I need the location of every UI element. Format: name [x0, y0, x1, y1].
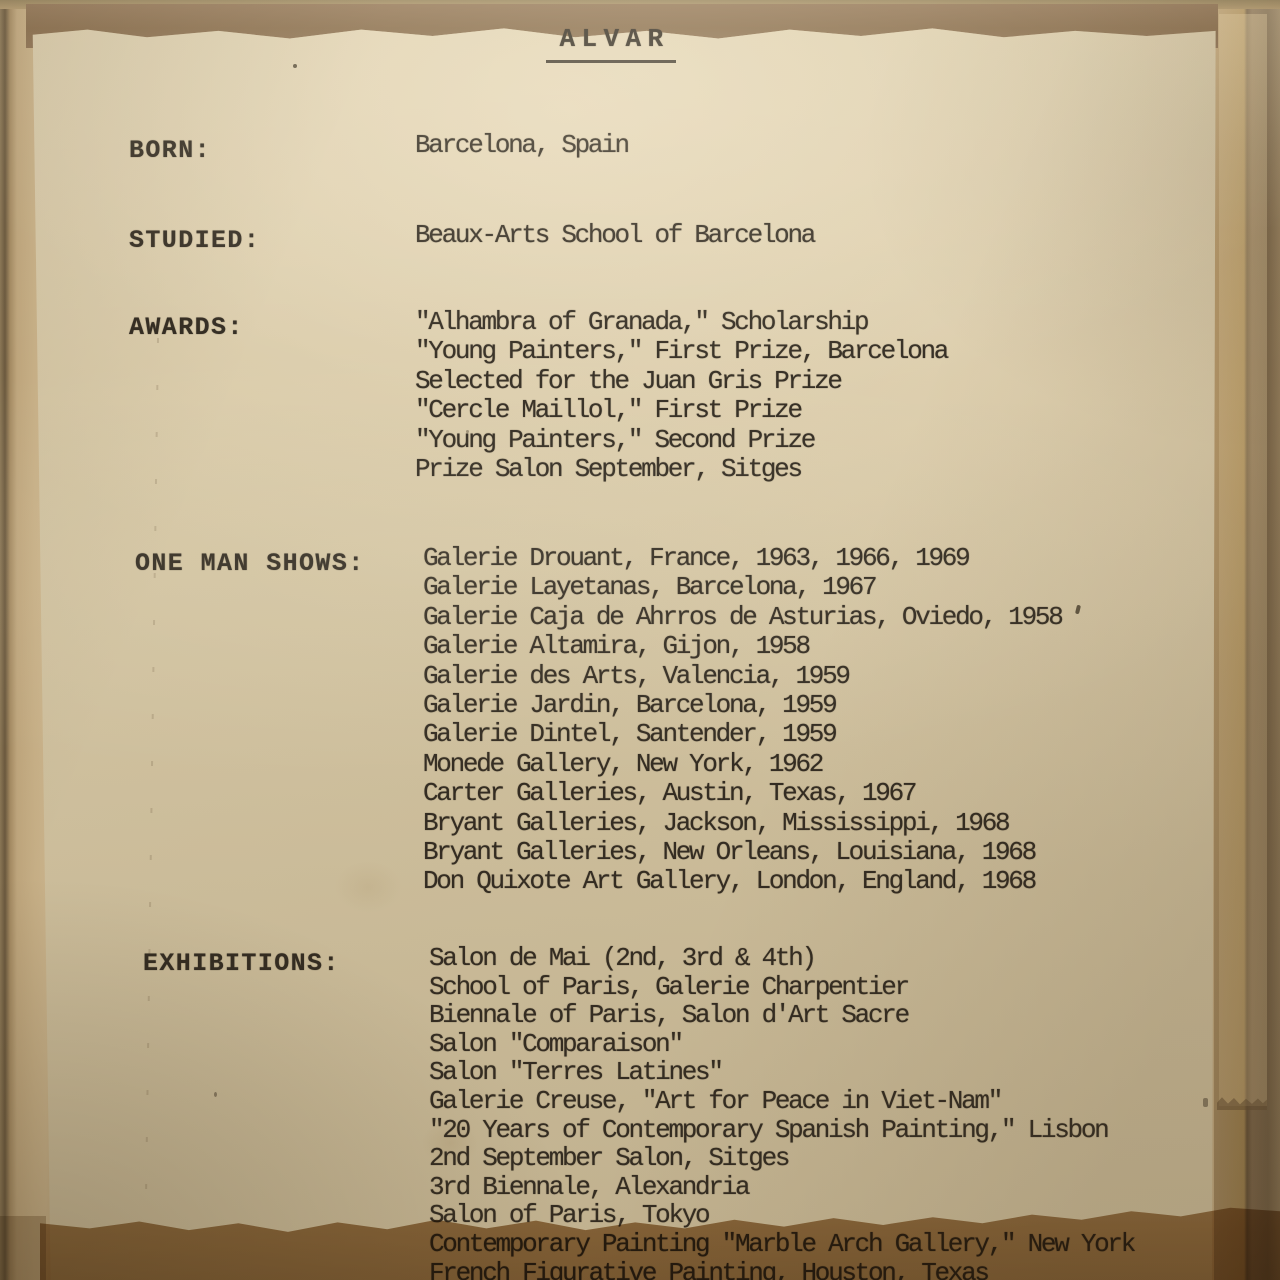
entry-line: Carter Galleries, Austin, Texas, 1967 [423, 779, 1062, 808]
entry-line: Selected for the Juan Gris Prize [415, 367, 947, 396]
entry-line: 2nd September Salon, Sitges [429, 1144, 1134, 1173]
entry-line: Barcelona, Spain [415, 131, 628, 160]
entry-line: Bryant Galleries, Jackson, Mississippi, … [423, 809, 1062, 838]
entry-line: "Alhambra of Granada," Scholarship [415, 308, 947, 337]
field-label-exhibitions: EXHIBITIONS: [143, 949, 340, 978]
field-values-born: Barcelona, Spain [415, 131, 628, 160]
field-label-studied: STUDIED: [129, 226, 260, 255]
field-values-awards: "Alhambra of Granada," Scholarship"Young… [415, 308, 947, 484]
title-row: ALVAR [0, 24, 1222, 63]
entry-line: Galerie Dintel, Santender, 1959 [423, 720, 1062, 749]
entry-line: Prize Salon September, Sitges [415, 455, 947, 484]
photo-of-document: ALVAR BORN: Barcelona, Spain STUDIED: Be… [0, 0, 1280, 1280]
typewritten-text: ALVAR BORN: Barcelona, Spain STUDIED: Be… [0, 0, 1280, 1280]
entry-line: "Young Painters," First Prize, Barcelona [415, 337, 947, 366]
entry-line: 3rd Biennale, Alexandria [429, 1173, 1134, 1202]
field-label-born: BORN: [129, 136, 211, 165]
tape-strip-right [1219, 14, 1267, 1106]
entry-line: Galerie Drouant, France, 1963, 1966, 196… [423, 544, 1062, 573]
field-label-one-man-shows: ONE MAN SHOWS: [135, 549, 365, 578]
entry-line: "Young Painters," Second Prize [415, 426, 947, 455]
entry-line: Galerie Layetanas, Barcelona, 1967 [423, 573, 1062, 602]
entry-line: Beaux-Arts School of Barcelona [415, 221, 814, 250]
entry-line: Galerie Jardin, Barcelona, 1959 [423, 691, 1062, 720]
field-values-one-man-shows: Galerie Drouant, France, 1963, 1966, 196… [423, 544, 1062, 897]
entry-line: Biennale of Paris, Salon d'Art Sacre [429, 1001, 1134, 1030]
entry-line: Galerie Caja de Ahrros de Asturias, Ovie… [423, 603, 1062, 632]
torn-tape-strip-bottom-left [0, 1216, 46, 1280]
entry-line: Galerie Creuse, "Art for Peace in Viet-N… [429, 1087, 1134, 1116]
document-title: ALVAR [546, 24, 675, 63]
entry-line: Salon "Comparaison" [429, 1030, 1134, 1059]
entry-line: Salon "Terres Latines" [429, 1058, 1134, 1087]
entry-line: Don Quixote Art Gallery, London, England… [423, 867, 1062, 896]
entry-line: "20 Years of Contemporary Spanish Painti… [429, 1116, 1134, 1145]
entry-line: Galerie Altamira, Gijon, 1958 [423, 632, 1062, 661]
entry-line: Salon de Mai (2nd, 3rd & 4th) [429, 944, 1134, 973]
entry-line: Monede Gallery, New York, 1962 [423, 750, 1062, 779]
entry-line: Galerie des Arts, Valencia, 1959 [423, 662, 1062, 691]
field-label-awards: AWARDS: [129, 313, 244, 342]
entry-line: "Cercle Maillol," First Prize [415, 396, 947, 425]
entry-line: School of Paris, Galerie Charpentier [429, 973, 1134, 1002]
field-values-studied: Beaux-Arts School of Barcelona [415, 221, 814, 250]
entry-line: Bryant Galleries, New Orleans, Louisiana… [423, 838, 1062, 867]
